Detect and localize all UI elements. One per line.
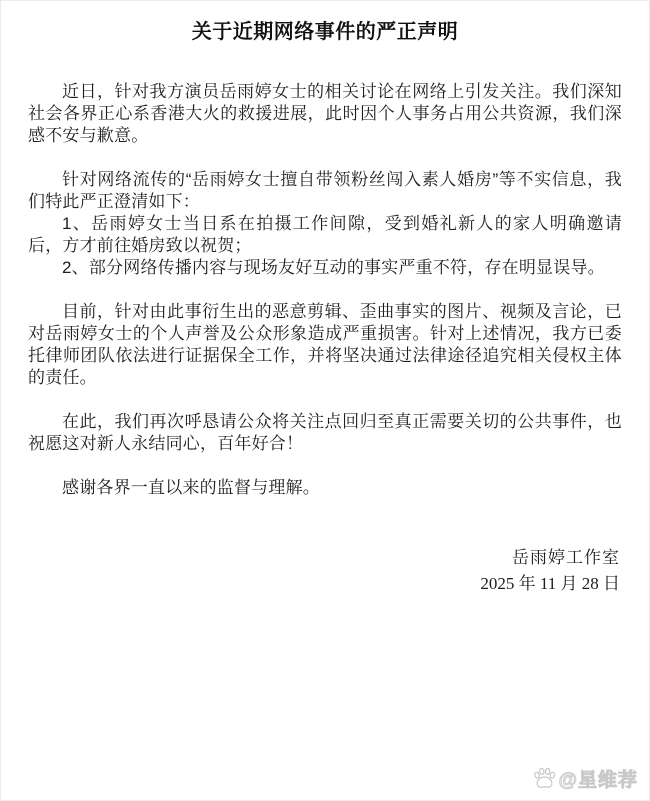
statement-body: 近日，针对我方演员岳雨婷女士的相关讨论在网络上引发关注。我们深知社会各界正心系香… — [1, 81, 649, 499]
statement-paragraph: 针对网络流传的“岳雨婷女士擅自带领粉丝闯入素人婚房”等不实信息，我们特此严正澄清… — [28, 169, 622, 213]
statement-title: 关于近期网络事件的严正声明 — [28, 19, 622, 45]
signature-date: 2025 年 11 月 28 日 — [28, 573, 620, 595]
statement-paragraph: 在此，我们再次呼恳请公众将关注点回归至真正需要关切的公共事件，也祝愿这对新人永结… — [28, 411, 622, 455]
statement-paragraph: 感谢各界一直以来的监督与理解。 — [28, 477, 622, 499]
statement-paragraph: 目前，针对由此事衍生出的恶意剪辑、歪曲事实的图片、视频及言论，已对岳雨婷女士的个… — [28, 301, 622, 389]
statement-page: 关于近期网络事件的严正声明 近日，针对我方演员岳雨婷女士的相关讨论在网络上引发关… — [0, 0, 650, 801]
watermark: @星维荐 — [532, 765, 638, 792]
watermark-handle: @星维荐 — [558, 765, 638, 792]
statement-paragraph: 近日，针对我方演员岳雨婷女士的相关讨论在网络上引发关注。我们深知社会各界正心系香… — [28, 81, 622, 147]
signature-block: 岳雨婷工作室 2025 年 11 月 28 日 — [1, 547, 649, 595]
signature-name: 岳雨婷工作室 — [28, 547, 620, 569]
paw-icon — [532, 766, 557, 791]
statement-clarification-item-1: 1、岳雨婷女士当日系在拍摄工作间隙，受到婚礼新人的家人明确邀请后，方才前往婚房致… — [28, 213, 622, 257]
statement-clarification-item-2: 2、部分网络传播内容与现场友好互动的事实严重不符，存在明显误导。 — [28, 257, 622, 279]
